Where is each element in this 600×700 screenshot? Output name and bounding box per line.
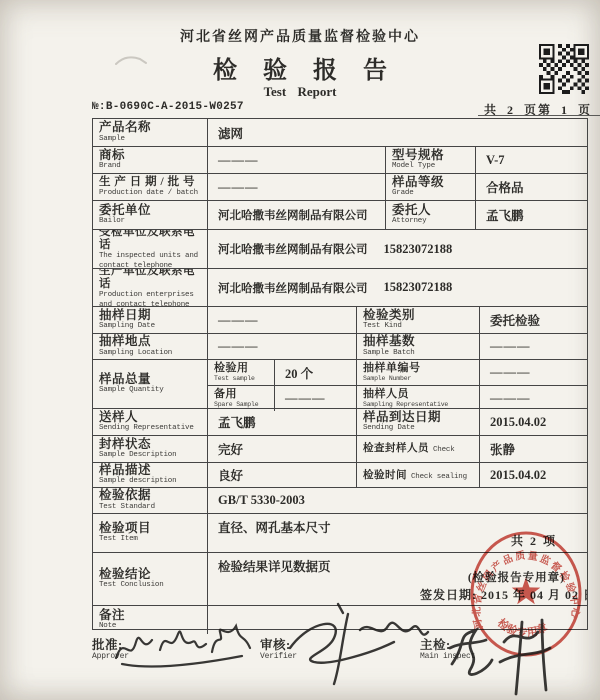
inspected-phone: 15823072188 bbox=[384, 242, 453, 257]
label-model: 型号规格 Model Type bbox=[386, 147, 476, 173]
row-inspected-unit: 受检单位及联系电话 The inspected units and contac… bbox=[93, 230, 587, 269]
pagination-underline bbox=[478, 115, 600, 116]
row-product: 产品名称 Sample 滤网 bbox=[93, 119, 587, 147]
producer-phone: 15823072188 bbox=[384, 280, 453, 295]
row-sampling-location: 抽样地点 Sampling Location ——— 抽样基数 Sample B… bbox=[93, 334, 587, 360]
inspected-company: 河北哈撒韦丝网制品有限公司 bbox=[218, 241, 368, 257]
value-brand: ——— bbox=[208, 147, 386, 173]
label-production-date: 生 产 日 期 / 批 号 Production date / batch bbox=[93, 174, 208, 200]
label-check-personnel: 检查封样人员 Check sealing sample personnel bbox=[357, 436, 480, 462]
label-sample-batch: 抽样基数 Sample Batch bbox=[357, 334, 480, 359]
test-report-page: 河北省丝网产品质量监督检验中心 检 验 报 告 Test Report №:B-… bbox=[0, 0, 600, 700]
row-brand-model: 商标 Brand ——— 型号规格 Model Type V-7 bbox=[93, 147, 587, 174]
value-test-standard: GB/T 5330-2003 bbox=[208, 488, 587, 513]
main-inspect-signature bbox=[438, 610, 578, 700]
label-test-standard: 检验依据 Test Standard bbox=[93, 488, 208, 513]
value-sampling-date: ——— bbox=[208, 307, 357, 333]
value-test-time: 2015.04.02 bbox=[480, 463, 587, 487]
scan-artifact bbox=[112, 52, 152, 70]
sample-quantity-subtable: 检验用 Test sample 20 个 抽样单编号 Sample Number… bbox=[208, 360, 587, 408]
value-sample-batch: ——— bbox=[480, 334, 587, 359]
label-seal-state: 封样状态 Sample Description bbox=[93, 436, 208, 462]
row-production-unit: 生产单位及联系电话 Production enterprises and con… bbox=[93, 269, 587, 307]
value-grade: 合格品 bbox=[476, 174, 587, 200]
value-sampling-representative: ——— bbox=[480, 386, 587, 411]
label-sample-description: 样品描述 Sample description bbox=[93, 463, 208, 487]
producer-company: 河北哈撒韦丝网制品有限公司 bbox=[218, 280, 368, 296]
label-sampling-date: 抽样日期 Sampling Date bbox=[93, 307, 208, 333]
value-sender: 孟飞鹏 bbox=[208, 409, 357, 435]
row-production-grade: 生 产 日 期 / 批 号 Production date / batch ——… bbox=[93, 174, 587, 201]
row-bailor-attorney: 委托单位 Bailor 河北哈撒韦丝网制品有限公司 委托人 Attorney 孟… bbox=[93, 201, 587, 230]
label-production-unit: 生产单位及联系电话 Production enterprises and con… bbox=[93, 269, 208, 306]
value-sample-number: ——— bbox=[480, 360, 587, 385]
label-sample-number: 抽样单编号 Sample Number bbox=[357, 360, 480, 385]
label-attorney: 委托人 Attorney bbox=[386, 201, 476, 229]
qr-code-icon bbox=[538, 44, 590, 94]
label-test-kind: 检验类别 Test Kind bbox=[357, 307, 480, 333]
report-subtitle: Test Report bbox=[0, 84, 600, 100]
label-product: 产品名称 Sample bbox=[93, 119, 208, 146]
label-test-items: 检验项目 Test Item bbox=[93, 514, 208, 552]
subrow-test-sample: 检验用 Test sample 20 个 抽样单编号 Sample Number… bbox=[208, 360, 587, 386]
value-attorney: 孟飞鹏 bbox=[476, 201, 587, 229]
row-sampling-date: 抽样日期 Sampling Date ——— 检验类别 Test Kind 委托… bbox=[93, 307, 587, 334]
value-test-kind: 委托检验 bbox=[480, 307, 587, 333]
verifier-signature bbox=[282, 598, 432, 692]
value-sample-description: 良好 bbox=[208, 463, 357, 487]
value-production-unit: 河北哈撒韦丝网制品有限公司 15823072188 bbox=[208, 269, 587, 306]
row-test-standard: 检验依据 Test Standard GB/T 5330-2003 bbox=[93, 488, 587, 514]
stamp-star-icon bbox=[512, 577, 541, 604]
label-sampling-representative: 抽样人员 Sampling Representative bbox=[357, 386, 480, 411]
value-sampling-location: ——— bbox=[208, 334, 357, 359]
label-test-time: 检验时间 Check sealing sample time bbox=[357, 463, 480, 487]
subrow-spare-sample: 备用 Spare Sample ——— 抽样人员 Sampling Repres… bbox=[208, 386, 587, 411]
value-check-personnel: 张静 bbox=[480, 436, 587, 462]
label-brand: 商标 Brand bbox=[93, 147, 208, 173]
label-test-sample: 检验用 Test sample bbox=[208, 360, 275, 385]
row-sender: 送样人 Sending Representative 孟飞鹏 样品到达日期 Se… bbox=[93, 409, 587, 436]
row-sample-description: 样品描述 Sample description 良好 检验时间 Check se… bbox=[93, 463, 587, 488]
approver-signature bbox=[108, 616, 258, 680]
value-bailor: 河北哈撒韦丝网制品有限公司 bbox=[208, 201, 386, 229]
value-model: V-7 bbox=[476, 147, 587, 173]
row-sample-quantity: 样品总量 Sample Quantity 检验用 Test sample 20 … bbox=[93, 360, 587, 409]
value-spare-sample: ——— bbox=[275, 386, 357, 411]
label-sampling-location: 抽样地点 Sampling Location bbox=[93, 334, 208, 359]
label-arrival-date: 样品到达日期 Sending Date bbox=[357, 409, 480, 435]
value-arrival-date: 2015.04.02 bbox=[480, 409, 587, 435]
label-bailor: 委托单位 Bailor bbox=[93, 201, 208, 229]
label-sample-quantity: 样品总量 Sample Quantity bbox=[93, 360, 208, 408]
row-seal-state: 封样状态 Sample Description 完好 检查封样人员 Check … bbox=[93, 436, 587, 463]
report-title: 检 验 报 告 bbox=[0, 50, 600, 85]
label-inspected-unit: 受检单位及联系电话 The inspected units and contac… bbox=[93, 230, 208, 268]
value-production-date: ——— bbox=[208, 174, 386, 200]
value-test-sample: 20 个 bbox=[275, 360, 357, 385]
value-seal-state: 完好 bbox=[208, 436, 357, 462]
report-number: №:B-0690C-A-2015-W0257 bbox=[92, 101, 244, 113]
label-grade: 样品等级 Grade bbox=[386, 174, 476, 200]
value-product: 滤网 bbox=[208, 119, 587, 146]
organization-name: 河北省丝网产品质量监督检验中心 bbox=[0, 26, 600, 46]
label-test-conclusion: 检验结论 Test Conclusion bbox=[93, 553, 208, 605]
label-spare-sample: 备用 Spare Sample bbox=[208, 386, 275, 411]
value-inspected-unit: 河北哈撒韦丝网制品有限公司 15823072188 bbox=[208, 230, 587, 268]
label-sender: 送样人 Sending Representative bbox=[93, 409, 208, 435]
